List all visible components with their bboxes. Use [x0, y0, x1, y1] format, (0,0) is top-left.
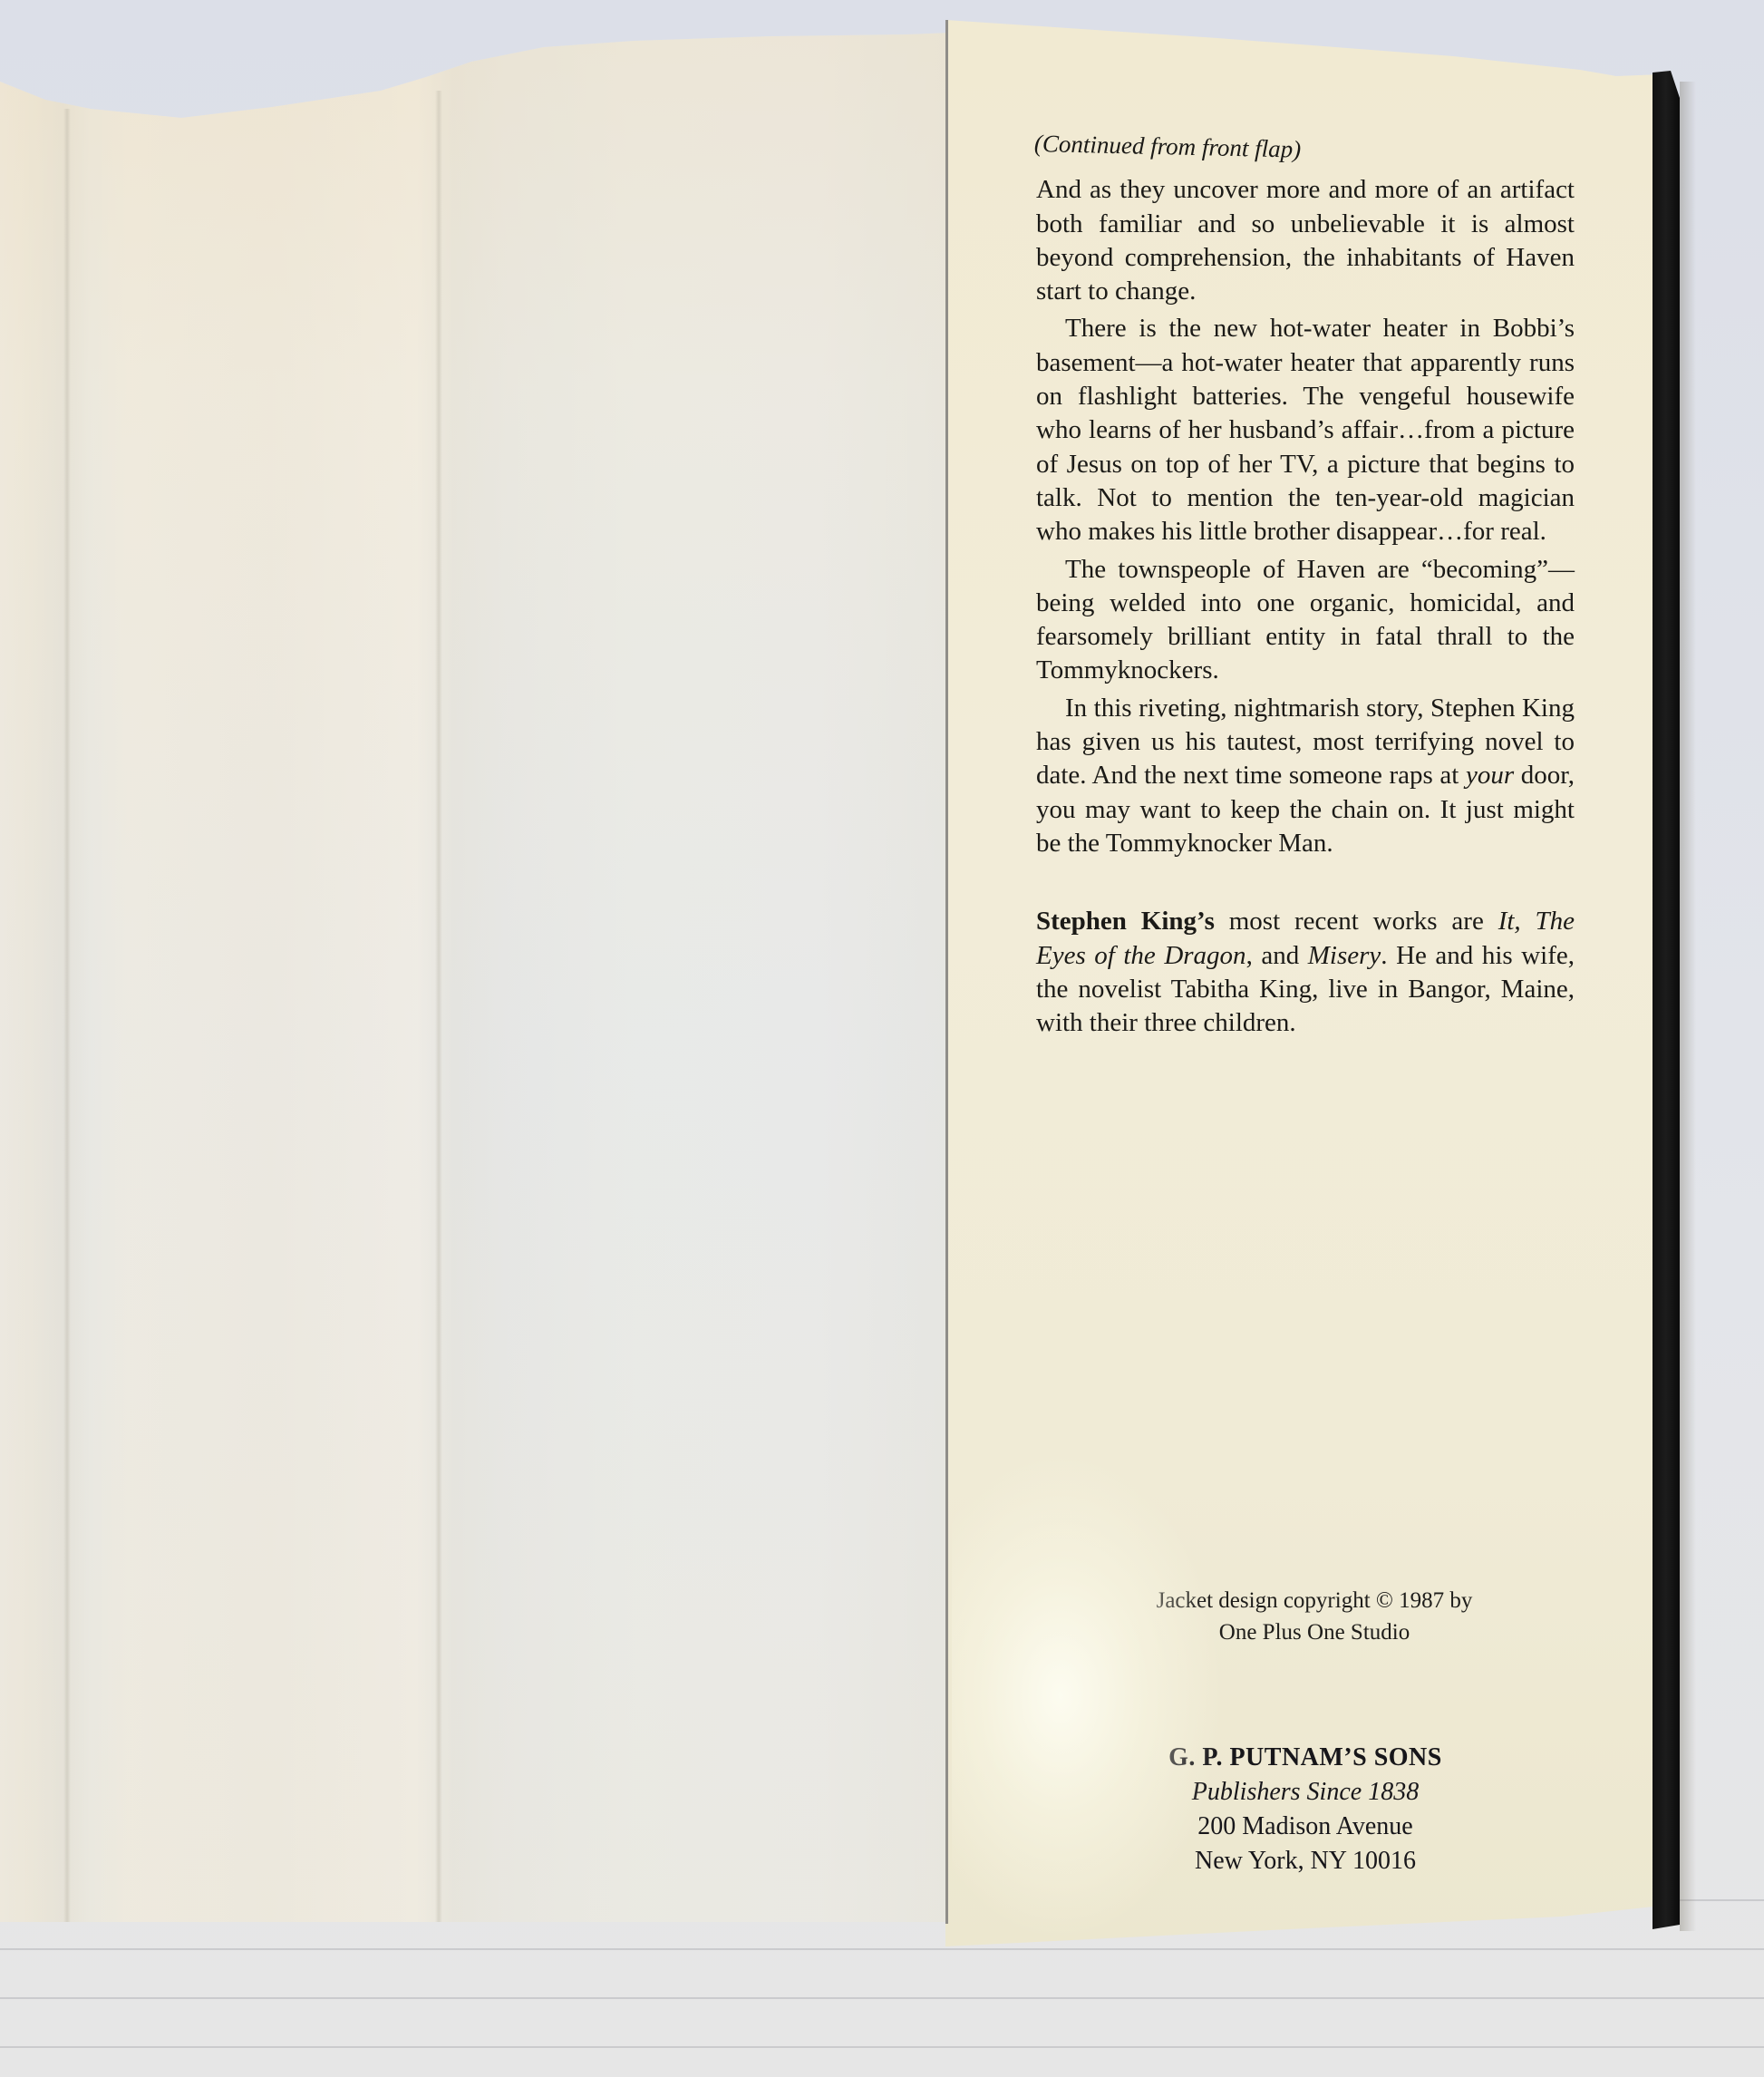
continued-note: (Continued from front flap)	[1034, 127, 1575, 173]
jacket-inner-panel	[0, 0, 952, 1922]
flap-closing-paragraph: In this riveting, nightmarish story, Ste…	[1036, 692, 1575, 860]
credit-line: One Plus One Studio	[1088, 1616, 1541, 1648]
publisher-tagline: Publishers Since 1838	[1106, 1775, 1505, 1810]
book-spine-edge	[1653, 71, 1680, 1929]
flap-paragraph: There is the new hot-water heater in Bob…	[1036, 312, 1575, 548]
publisher-address: New York, NY 10016	[1106, 1844, 1505, 1878]
bio-text: most recent works are	[1215, 907, 1498, 936]
flap-paragraph: The townspeople of Haven are “becoming”—…	[1036, 553, 1575, 688]
jacket-fold-crease	[63, 109, 71, 1922]
publisher-name: G. P. PUTNAM’S SONS	[1106, 1741, 1505, 1775]
bio-text: , and	[1246, 941, 1308, 970]
publisher-block: G. P. PUTNAM’S SONS Publishers Since 183…	[1106, 1741, 1505, 1878]
back-flap-edge	[945, 20, 948, 1924]
book-title: Misery	[1308, 941, 1381, 970]
jacket-fold-crease	[435, 91, 442, 1922]
author-name: Stephen King’s	[1036, 907, 1215, 936]
jacket-design-credit: Jacket design copyright © 1987 by One Pl…	[1088, 1585, 1541, 1648]
credit-line: Jacket design copyright © 1987 by	[1088, 1585, 1541, 1616]
publisher-address: 200 Madison Avenue	[1106, 1810, 1505, 1844]
author-bio: Stephen King’s most recent works are It,…	[1036, 905, 1575, 1040]
closing-emphasis: your	[1466, 761, 1514, 790]
spine-shadow	[1680, 82, 1696, 1931]
flap-paragraph: And as they uncover more and more of an …	[1036, 173, 1575, 308]
back-flap-text: (Continued from front flap) And as they …	[1036, 127, 1575, 1040]
